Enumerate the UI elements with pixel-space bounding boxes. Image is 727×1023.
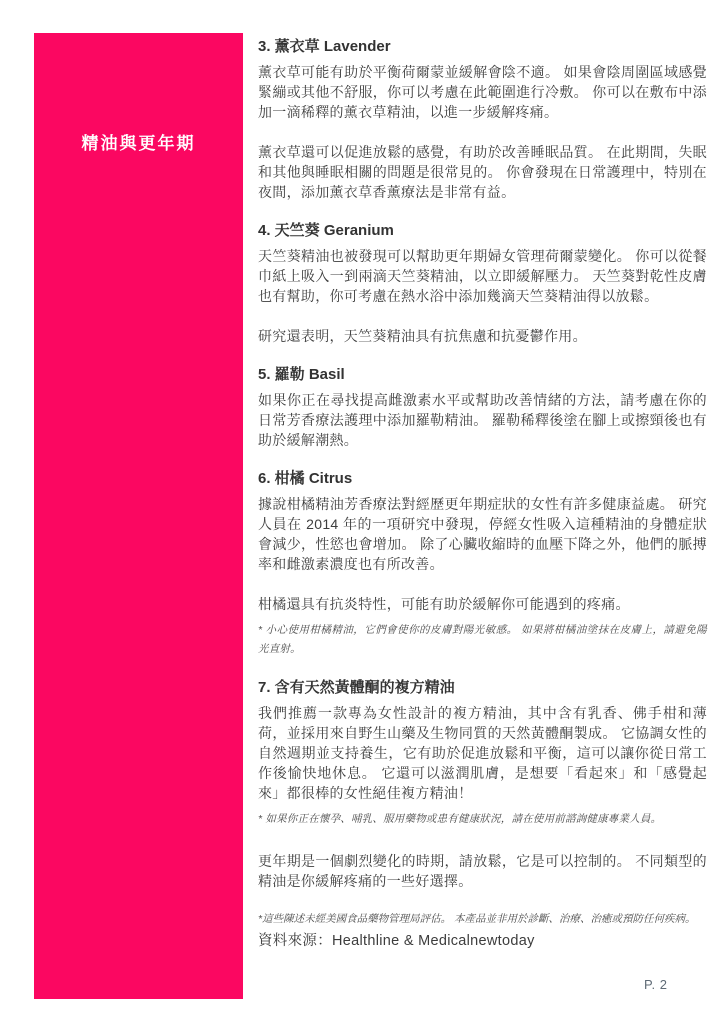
paragraph: 據說柑橘精油芳香療法對經歷更年期症狀的女性有許多健康益處。 研究人員在 2014… xyxy=(258,494,707,574)
paragraph: 薰衣草可能有助於平衡荷爾蒙並緩解會陰不適。 如果會陰周圍區域感覺緊繃或其他不舒服… xyxy=(258,62,707,122)
fda-disclaimer: *這些陳述未經美國食品藥物管理局評估。 本產品並非用於診斷、治療、治癒或預防任何… xyxy=(258,911,707,928)
section-heading: 5. 羅勒 Basil xyxy=(258,366,707,384)
section-heading: 3. 薰衣草 Lavender xyxy=(258,38,707,56)
section-heading: 6. 柑橘 Citrus xyxy=(258,470,707,488)
section-basil: 5. 羅勒 Basil 如果你正在尋找提高雌激素水平或幫助改善情緒的方法，請考慮… xyxy=(258,366,707,450)
main-content: 3. 薰衣草 Lavender 薰衣草可能有助於平衡荷爾蒙並緩解會陰不適。 如果… xyxy=(258,31,707,951)
footnote-citrus-caution: * 小心使用柑橘精油，它們會使你的皮膚對陽光敏感。 如果將柑橘油塗抹在皮膚上，請… xyxy=(258,621,707,659)
source-line: 資料來源：Healthline & Medicalnewtoday xyxy=(258,931,707,951)
section-lavender: 3. 薰衣草 Lavender 薰衣草可能有助於平衡荷爾蒙並緩解會陰不適。 如果… xyxy=(258,38,707,202)
section-citrus: 6. 柑橘 Citrus 據說柑橘精油芳香療法對經歷更年期症狀的女性有許多健康益… xyxy=(258,470,707,659)
section-heading: 4. 天竺葵 Geranium xyxy=(258,222,707,240)
section-heading: 7. 含有天然黃體酮的複方精油 xyxy=(258,679,707,697)
section-progesterone-blend: 7. 含有天然黃體酮的複方精油 我們推薦一款專為女性設計的複方精油，其中含有乳香… xyxy=(258,679,707,829)
paragraph: 如果你正在尋找提高雌激素水平或幫助改善情緒的方法，請考慮在你的日常芳香療法護理中… xyxy=(258,390,707,450)
section-geranium: 4. 天竺葵 Geranium 天竺葵精油也被發現可以幫助更年期婦女管理荷爾蒙變… xyxy=(258,222,707,346)
footnote-pregnancy-caution: * 如果你正在懷孕、哺乳、服用藥物或患有健康狀況，請在使用前諮詢健康專業人員。 xyxy=(258,810,707,829)
paragraph: 柑橘還具有抗炎特性，可能有助於緩解你可能遇到的疼痛。 xyxy=(258,594,707,614)
page-number: P. 2 xyxy=(644,977,667,992)
closing-paragraph: 更年期是一個劇烈變化的時期，請放鬆，它是可以控制的。 不同類型的精油是你緩解疼痛… xyxy=(258,851,707,891)
paragraph: 天竺葵精油也被發現可以幫助更年期婦女管理荷爾蒙變化。 你可以從餐巾紙上吸入一到兩… xyxy=(258,246,707,306)
sidebar: 精油與更年期 xyxy=(34,33,243,999)
paragraph: 薰衣草還可以促進放鬆的感覺，有助於改善睡眠品質。 在此期間，失眠和其他與睡眠相關… xyxy=(258,142,707,202)
paragraph: 研究還表明，天竺葵精油具有抗焦慮和抗憂鬱作用。 xyxy=(258,326,707,346)
closing-block: 更年期是一個劇烈變化的時期，請放鬆，它是可以控制的。 不同類型的精油是你緩解疼痛… xyxy=(258,851,707,951)
sidebar-title: 精油與更年期 xyxy=(34,33,243,156)
paragraph: 我們推薦一款專為女性設計的複方精油，其中含有乳香、佛手柑和薄荷，並採用來自野生山… xyxy=(258,703,707,803)
